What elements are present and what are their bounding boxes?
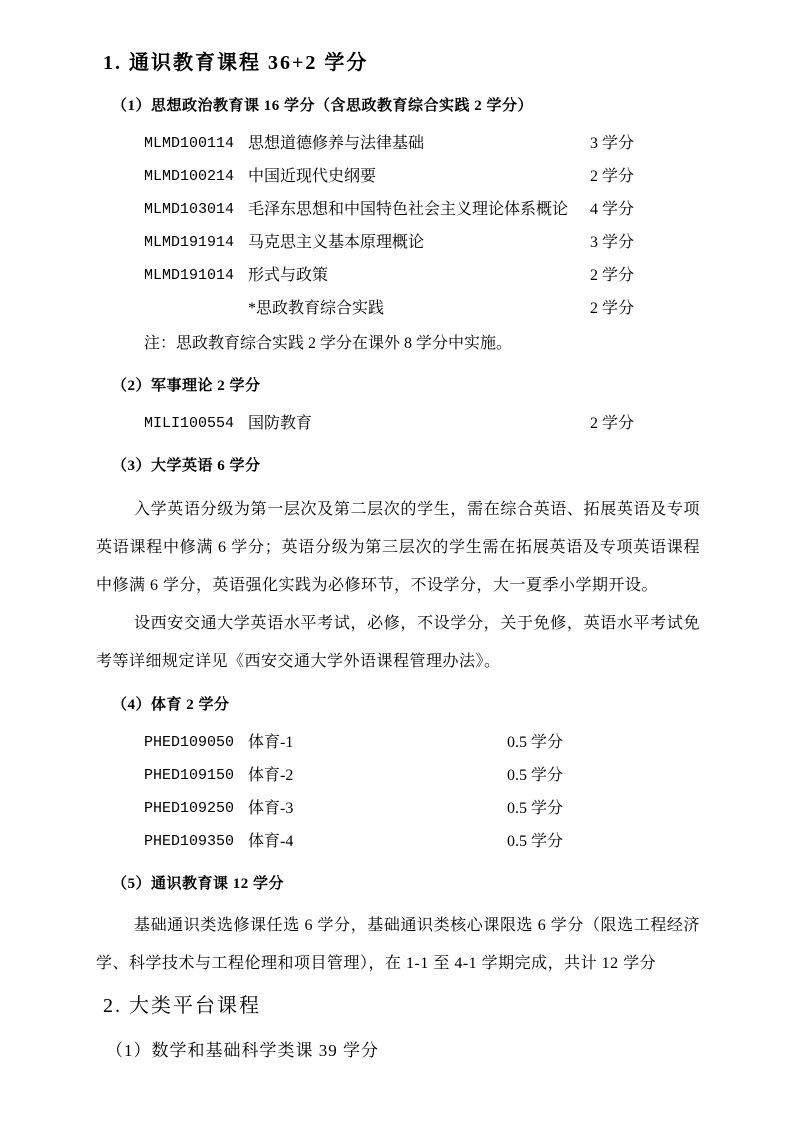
military-course-list: MILI100554 国防教育 2 学分 [96,407,700,440]
subsection-1-1-heading: （1）思想政治教育课 16 学分（含思政教育综合实践 2 学分） [96,96,700,117]
pe-course-list: PHED109050 体育-1 0.5 学分 PHED109150 体育-2 0… [96,726,700,858]
course-code: MILI100554 [144,407,234,440]
subsection-2-1-heading: （1）数学和基础科学类课 39 学分 [96,1039,700,1062]
ideology-course-list: MLMD100114 思想道德修养与法律基础 3 学分 MLMD100214 中… [96,127,700,325]
course-row: MLMD191014 形式与政策 2 学分 [96,259,700,292]
course-row: MLMD191914 马克思主义基本原理概论 3 学分 [96,226,700,259]
course-name: 中国近现代史纲要 [248,160,376,193]
course-code: PHED109350 [144,825,234,858]
course-credit: 2 学分 [590,292,634,325]
course-name: 毛泽东思想和中国特色社会主义理论体系概论 [248,193,568,226]
course-credit: 3 学分 [590,226,634,259]
course-name: *思政教育综合实践 [248,292,384,325]
section-1-heading: 1. 通识教育课程 36+2 学分 [96,50,700,76]
course-name: 体育-3 [248,792,293,825]
course-row: PHED109250 体育-3 0.5 学分 [96,792,700,825]
course-credit: 0.5 学分 [507,825,563,858]
course-code: PHED109050 [144,726,234,759]
course-credit: 4 学分 [590,193,634,226]
course-name: 体育-4 [248,825,293,858]
course-code: MLMD191014 [144,259,234,292]
course-code: PHED109250 [144,792,234,825]
subsection-1-3-heading: （3）大学英语 6 学分 [96,456,700,477]
course-row: MILI100554 国防教育 2 学分 [96,407,700,440]
course-credit: 2 学分 [590,160,634,193]
document-page: 1. 通识教育课程 36+2 学分 （1）思想政治教育课 16 学分（含思政教育… [0,0,794,1123]
course-credit: 0.5 学分 [507,726,563,759]
course-code: MLMD100214 [144,160,234,193]
course-row: PHED109050 体育-1 0.5 学分 [96,726,700,759]
course-name: 体育-1 [248,726,293,759]
course-name: 形式与政策 [248,259,328,292]
course-code: MLMD191914 [144,226,234,259]
subsection-1-5-heading: （5）通识教育课 12 学分 [96,874,700,895]
ideology-practice-note: 注：思政教育综合实践 2 学分在课外 8 学分中实施。 [96,327,700,360]
course-credit: 0.5 学分 [507,759,563,792]
subsection-1-4-heading: （4）体育 2 学分 [96,695,700,716]
course-row: MLMD100214 中国近现代史纲要 2 学分 [96,160,700,193]
course-code: MLMD100114 [144,127,234,160]
course-row: PHED109350 体育-4 0.5 学分 [96,825,700,858]
subsection-1-2-heading: （2）军事理论 2 学分 [96,376,700,397]
section-2-heading: 2. 大类平台课程 [96,993,700,1019]
course-credit: 3 学分 [590,127,634,160]
course-code: PHED109150 [144,759,234,792]
general-education-paragraph: 基础通识类选修课任选 6 学分，基础通识类核心课限选 6 学分（限选工程经济学、… [96,907,700,983]
course-credit: 0.5 学分 [507,792,563,825]
course-name: 体育-2 [248,759,293,792]
course-credit: 2 学分 [590,259,634,292]
course-row: MLMD103014 毛泽东思想和中国特色社会主义理论体系概论 4 学分 [96,193,700,226]
english-policy-paragraph: 入学英语分级为第一层次及第二层次的学生，需在综合英语、拓展英语及专项英语课程中修… [96,491,700,605]
course-credit: 2 学分 [590,407,634,440]
course-name: 马克思主义基本原理概论 [248,226,424,259]
course-row: PHED109150 体育-2 0.5 学分 [96,759,700,792]
course-code: MLMD103014 [144,193,234,226]
course-name: 国防教育 [248,407,312,440]
english-exam-paragraph: 设西安交通大学英语水平考试，必修，不设学分，关于免修，英语水平考试免考等详细规定… [96,605,700,681]
course-row: MLMD100114 思想道德修养与法律基础 3 学分 [96,127,700,160]
course-row: *思政教育综合实践 2 学分 [96,292,700,325]
course-name: 思想道德修养与法律基础 [248,127,424,160]
